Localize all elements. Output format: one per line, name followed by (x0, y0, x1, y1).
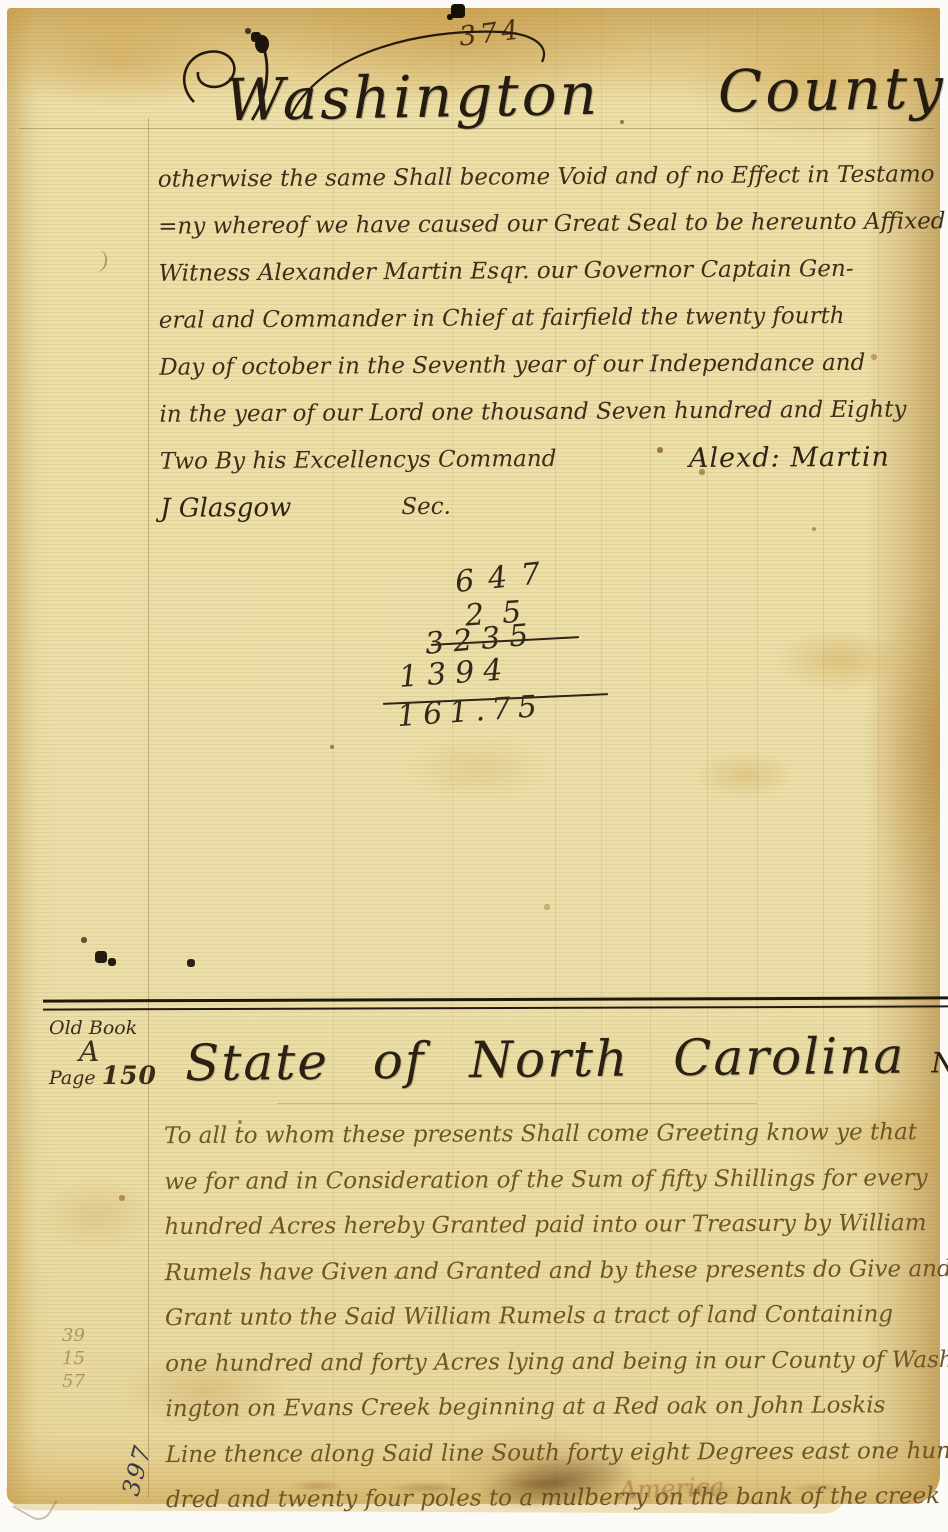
margin-note-page-ref: Page 150 (49, 1064, 157, 1090)
manuscript-line: Witness Alexander Martin Esqr. our Gover… (158, 245, 946, 297)
secretary-signature: J Glasgow (160, 485, 291, 533)
margin-number: 57 (62, 1370, 85, 1393)
manuscript-line: Grant unto the Said William Rumels a tra… (165, 1292, 948, 1342)
manuscript-line: hundred Acres hereby Granted paid into o… (164, 1201, 948, 1251)
county-header: Washington County (224, 54, 946, 135)
grant-closing-paragraph: otherwise the same Shall become Void and… (158, 151, 948, 532)
bleedthrough-scrawl (647, 1476, 887, 1502)
manuscript-line: Day of october in the Seventh year of ou… (159, 339, 947, 391)
manuscript-line: Two By his Excellencys Command Alexd: Ma… (160, 433, 930, 485)
state-header-number-mark: No= (931, 1046, 948, 1080)
manuscript-line: otherwise the same Shall become Void and… (158, 151, 946, 203)
margin-note-old-book: Old Book A Page 150 (49, 1016, 157, 1090)
manuscript-line: we for and in Consideration of the Sum o… (164, 1155, 948, 1205)
manuscript-line: eral and Commander in Chief at fairfield… (159, 292, 947, 344)
manuscript-line: =ny whereof we have caused our Great Sea… (158, 198, 946, 250)
governor-signature: Alexd: Martin (689, 434, 890, 482)
margin-note-page-number: 150 (102, 1061, 157, 1090)
secretary-title: Sec. (401, 484, 451, 531)
header-word-county: County (717, 54, 946, 126)
margin-number-stack: 39 15 57 (62, 1324, 85, 1393)
manuscript-line: one hundred and forty Acres lying and be… (165, 1337, 948, 1387)
ruled-line-under-state-header (277, 1103, 757, 1104)
margin-number: 39 (62, 1324, 85, 1347)
ink-specks (7, 8, 9, 10)
margin-number: 15 (62, 1347, 85, 1370)
manuscript-line: To all to whom these presents Shall come… (164, 1110, 948, 1160)
manuscript-line: J Glasgow Sec. (160, 480, 948, 532)
manuscript-line: Rumels have Given and Granted and by the… (165, 1246, 948, 1296)
header-word-washington: Washington (224, 60, 600, 135)
margin-rule-line (148, 118, 149, 1498)
document-scan: 374 Washington County otherwise the same… (0, 0, 948, 1532)
command-line: Two By his Excellencys Command (160, 436, 557, 486)
manuscript-line: in the year of our Lord one thousand Sev… (159, 386, 947, 438)
manuscript-line: ington on Evans Creek beginning at a Red… (165, 1383, 948, 1433)
paper-page: 374 Washington County otherwise the same… (7, 8, 940, 1504)
state-header-title: State of North Carolina (185, 1027, 906, 1093)
margin-note-page-word: Page (49, 1067, 96, 1089)
state-header: State of North CarolinaNo= (185, 1026, 948, 1092)
margin-note-line: Old Book (49, 1016, 157, 1040)
